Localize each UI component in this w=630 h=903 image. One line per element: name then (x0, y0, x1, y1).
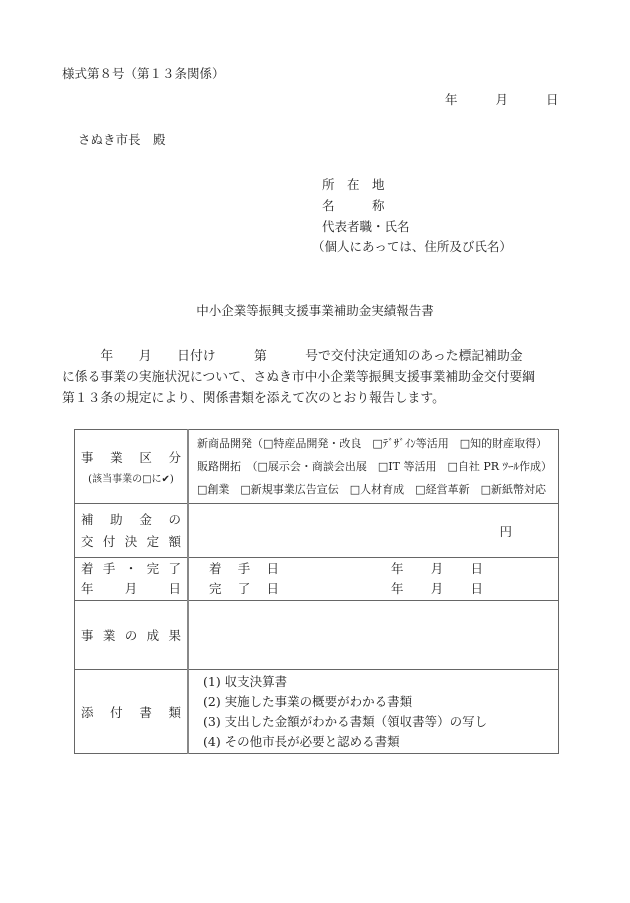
addressee: さぬき市長 殿 (78, 130, 166, 148)
start-date-label: 着 手 日 (209, 559, 279, 579)
report-date: 年 月 日 (445, 90, 558, 108)
attachments-list: (1) 収支決算書 (2) 実施した事業の概要がわかる書類 (3) 支出した金額… (188, 670, 559, 754)
form-number: 様式第８号（第１３条関係） (62, 64, 225, 82)
row-period: 着 手 ・ 完 了 年 月 日 着 手 日 (75, 558, 559, 601)
date-day: 日 (546, 90, 559, 108)
document-title: 中小企業等振興支援事業補助金実績報告書 (0, 301, 630, 319)
attachment-item: (3) 支出した金額がわかる書類（領収書等）の写し (203, 712, 558, 732)
subsidy-label-line2: 交 付 決 定 額 (81, 531, 181, 553)
body-line: 第１３条の規定により、関係書類を添えて次のとおり報告します。 (62, 388, 535, 409)
attachment-item: (1) 収支決算書 (203, 672, 558, 692)
start-date-field[interactable]: 年 月 日 (391, 559, 483, 579)
applicant-block: 所 在 地 名 称 代表者職・氏名 (322, 174, 410, 237)
start-date-row: 着 手 日 年 月 日 (209, 559, 558, 579)
row-results: 事 業 の 成 果 (75, 601, 559, 670)
business-category-label: 事 業 区 分 (81, 448, 181, 466)
end-date-label: 完 了 日 (209, 579, 279, 599)
row-attachments: 添 付 書 類 (1) 収支決算書 (2) 実施した事業の概要がわかる書類 (3… (75, 670, 559, 754)
body-paragraph: 年 月 日付け 第 号で交付決定通知のあった標記補助金 に係る事業の実施状況につ… (62, 346, 535, 409)
representative-label: 代表者職・氏名 (322, 216, 410, 237)
attachments-label: 添 付 書 類 (75, 703, 187, 721)
name-label: 名 称 (322, 195, 410, 216)
individual-note: （個人にあっては、住所及び氏名） (312, 237, 512, 255)
option-line-new-product[interactable]: 新商品開発（□特産品開発・改良 □ﾃﾞｻﾞｲﾝ等活用 □知的財産取得） (197, 432, 550, 455)
subsidy-amount-field[interactable]: 円 (188, 504, 559, 558)
row-business-category: 事 業 区 分 (該当事業の□に✔) 新商品開発（□特産品開発・改良 □ﾃﾞｻﾞ… (75, 430, 559, 504)
attachment-item: (2) 実施した事業の概要がわかる書類 (203, 692, 558, 712)
option-line-sales-channel[interactable]: 販路開拓 （□展示会・商談会出展 □IT 等活用 □自社 PR ﾂｰﾙ作成） (197, 455, 550, 478)
results-field[interactable] (188, 601, 559, 670)
subsidy-label-line1: 補 助 金 の (81, 509, 181, 531)
body-line: 年 月 日付け 第 号で交付決定通知のあった標記補助金 (62, 346, 535, 367)
period-label-line1: 着 手 ・ 完 了 (81, 559, 181, 579)
report-table: 事 業 区 分 (該当事業の□に✔) 新商品開発（□特産品開発・改良 □ﾃﾞｻﾞ… (74, 429, 559, 754)
body-line: に係る事業の実施状況について、さぬき市中小企業等振興支援事業補助金交付要綱 (62, 367, 535, 388)
row-subsidy-amount: 補 助 金 の 交 付 決 定 額 円 (75, 504, 559, 558)
option-line-other[interactable]: □創業 □新規事業広告宣伝 □人材育成 □経営革新 □新紙幣対応 (197, 478, 550, 501)
business-category-hint: (該当事業の□に✔) (81, 470, 181, 485)
results-label: 事 業 の 成 果 (75, 626, 187, 644)
period-fields: 着 手 日 年 月 日 完 了 日 (188, 558, 559, 601)
attachment-item: (4) その他市長が必要と認める書類 (203, 732, 558, 752)
end-date-field[interactable]: 年 月 日 (391, 579, 483, 599)
yen-unit: 円 (499, 524, 512, 539)
date-month: 月 (495, 90, 508, 108)
date-year: 年 (445, 90, 458, 108)
address-label: 所 在 地 (322, 174, 410, 195)
end-date-row: 完 了 日 年 月 日 (209, 579, 558, 599)
business-category-options[interactable]: 新商品開発（□特産品開発・改良 □ﾃﾞｻﾞｲﾝ等活用 □知的財産取得） 販路開拓… (188, 430, 559, 504)
period-label-line2: 年 月 日 (81, 579, 181, 599)
